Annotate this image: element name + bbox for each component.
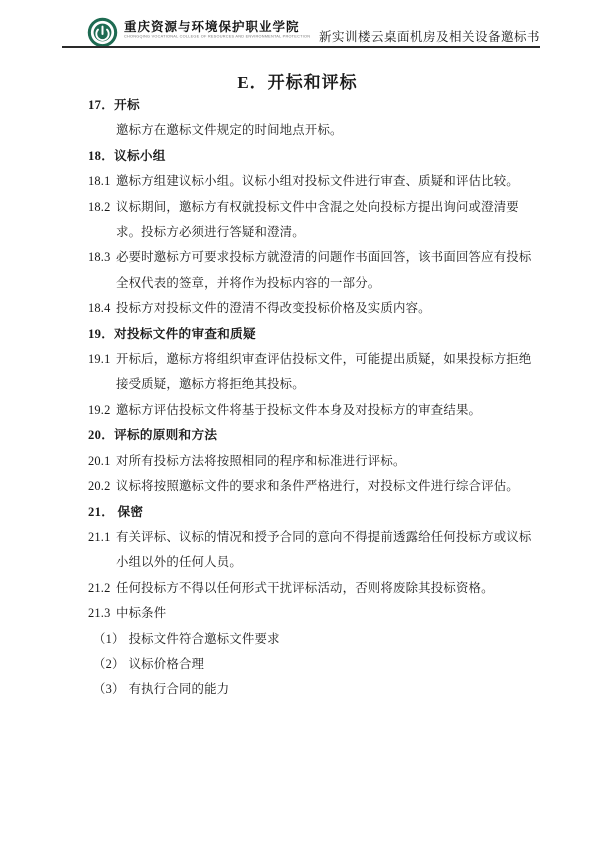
para-number: 19.2 xyxy=(88,398,116,423)
para-text: 投标文件符合邀标文件要求 xyxy=(129,632,280,646)
college-emblem-icon xyxy=(87,17,118,48)
para-text: 开标后，邀标方将组织审查评估投标文件，可能提出质疑，如果投标方拒绝接受质疑，邀标… xyxy=(116,352,532,391)
condition-item: （1）投标文件符合邀标文件要求 xyxy=(88,627,542,652)
paragraph: 21.3中标条件 xyxy=(88,601,542,626)
paragraph: 21.2任何投标方不得以任何形式干扰评标活动，否则将废除其投标资格。 xyxy=(88,576,542,601)
header-rule xyxy=(62,46,540,48)
para-number: 20.1 xyxy=(88,449,116,474)
para-text: 投标方对投标文件的澄清不得改变投标价格及实质内容。 xyxy=(116,301,431,315)
para-number: 18.3 xyxy=(88,245,116,270)
para-number: 19.1 xyxy=(88,347,116,372)
page-title: E．开标和评标 xyxy=(0,68,595,93)
paragraph: 20.2议标将按照邀标文件的要求和条件严格进行，对投标文件进行综合评估。 xyxy=(88,474,542,499)
para-number: 21.3 xyxy=(88,601,116,626)
para-text: 中标条件 xyxy=(116,606,166,620)
para-text: 邀标方组建议标小组。议标小组对投标文件进行审查、质疑和评估比较。 xyxy=(116,174,519,188)
paragraph: 18.1邀标方组建议标小组。议标小组对投标文件进行审查、质疑和评估比较。 xyxy=(88,169,542,194)
para-text: 邀标方评估投标文件将基于投标文件本身及对投标方的审查结果。 xyxy=(116,403,481,417)
para-text: 必要时邀标方可要求投标方就澄清的问题作书面回答，该书面回答应有投标全权代表的签章… xyxy=(116,250,532,289)
para-number: （3） xyxy=(93,682,125,696)
paragraph: 18.2议标期间，邀标方有权就投标文件中含混之处向投标方提出询问或澄清要求。投标… xyxy=(88,195,542,246)
section-heading: 19．对投标文件的审查和质疑 xyxy=(88,322,542,347)
section-18: 18．议标小组 18.1邀标方组建议标小组。议标小组对投标文件进行审查、质疑和评… xyxy=(88,144,542,322)
header-doc-title: 新实训楼云桌面机房及相关设备邀标书 xyxy=(319,27,540,48)
para-number: 20.2 xyxy=(88,474,116,499)
para-number: 18.1 xyxy=(88,169,116,194)
para-text: 对所有投标方法将按照相同的程序和标准进行评标。 xyxy=(116,454,406,468)
section-heading: 17．开标 xyxy=(88,93,542,118)
section-heading: 21． 保密 xyxy=(88,500,542,525)
paragraph: 19.1开标后，邀标方将组织审查评估投标文件，可能提出质疑，如果投标方拒绝接受质… xyxy=(88,347,542,398)
section-19: 19．对投标文件的审查和质疑 19.1开标后，邀标方将组织审查评估投标文件，可能… xyxy=(88,322,542,424)
section-heading: 18．议标小组 xyxy=(88,144,542,169)
section-heading: 20．评标的原则和方法 xyxy=(88,423,542,448)
para-number: 18.4 xyxy=(88,296,116,321)
para-text: 有关评标、议标的情况和授予合同的意向不得提前透露给任何投标方或议标小组以外的任何… xyxy=(116,530,532,569)
section-20: 20．评标的原则和方法 20.1对所有投标方法将按照相同的程序和标准进行评标。 … xyxy=(88,423,542,499)
para-text: 议标将按照邀标文件的要求和条件严格进行，对投标文件进行综合评估。 xyxy=(116,479,519,493)
condition-item: （3）有执行合同的能力 xyxy=(88,677,542,702)
para-number: （1） xyxy=(93,632,125,646)
para-text: 议标期间，邀标方有权就投标文件中含混之处向投标方提出询问或澄清要求。投标方必须进… xyxy=(116,200,519,239)
paragraph: 20.1对所有投标方法将按照相同的程序和标准进行评标。 xyxy=(88,449,542,474)
section-21: 21． 保密 21.1有关评标、议标的情况和授予合同的意向不得提前透露给任何投标… xyxy=(88,500,542,703)
para-text: 任何投标方不得以任何形式干扰评标活动，否则将废除其投标资格。 xyxy=(116,581,494,595)
para-text: 有执行合同的能力 xyxy=(129,682,230,696)
document-body: 17．开标 邀标方在邀标文件规定的时间地点开标。 18．议标小组 18.1邀标方… xyxy=(88,93,542,703)
para-text: 邀标方在邀标文件规定的时间地点开标。 xyxy=(116,123,343,137)
paragraph: 21.1有关评标、议标的情况和授予合同的意向不得提前透露给任何投标方或议标小组以… xyxy=(88,525,542,576)
paragraph: 邀标方在邀标文件规定的时间地点开标。 xyxy=(88,118,542,143)
para-number: （2） xyxy=(93,657,125,671)
para-number: 21.2 xyxy=(88,576,116,601)
paragraph: 18.3必要时邀标方可要求投标方就澄清的问题作书面回答，该书面回答应有投标全权代… xyxy=(88,245,542,296)
condition-item: （2）议标价格合理 xyxy=(88,652,542,677)
paragraph: 18.4投标方对投标文件的澄清不得改变投标价格及实质内容。 xyxy=(88,296,542,321)
para-number: 18.2 xyxy=(88,195,116,220)
para-text: 议标价格合理 xyxy=(129,657,205,671)
paragraph: 19.2邀标方评估投标文件将基于投标文件本身及对投标方的审查结果。 xyxy=(88,398,542,423)
para-number: 21.1 xyxy=(88,525,116,550)
section-17: 17．开标 邀标方在邀标文件规定的时间地点开标。 xyxy=(88,93,542,144)
college-name-en: CHONGQING VOCATIONAL COLLEGE OF RESOURCE… xyxy=(124,34,310,38)
document-page: 重庆资源与环境保护职业学院 CHONGQING VOCATIONAL COLLE… xyxy=(0,0,595,841)
